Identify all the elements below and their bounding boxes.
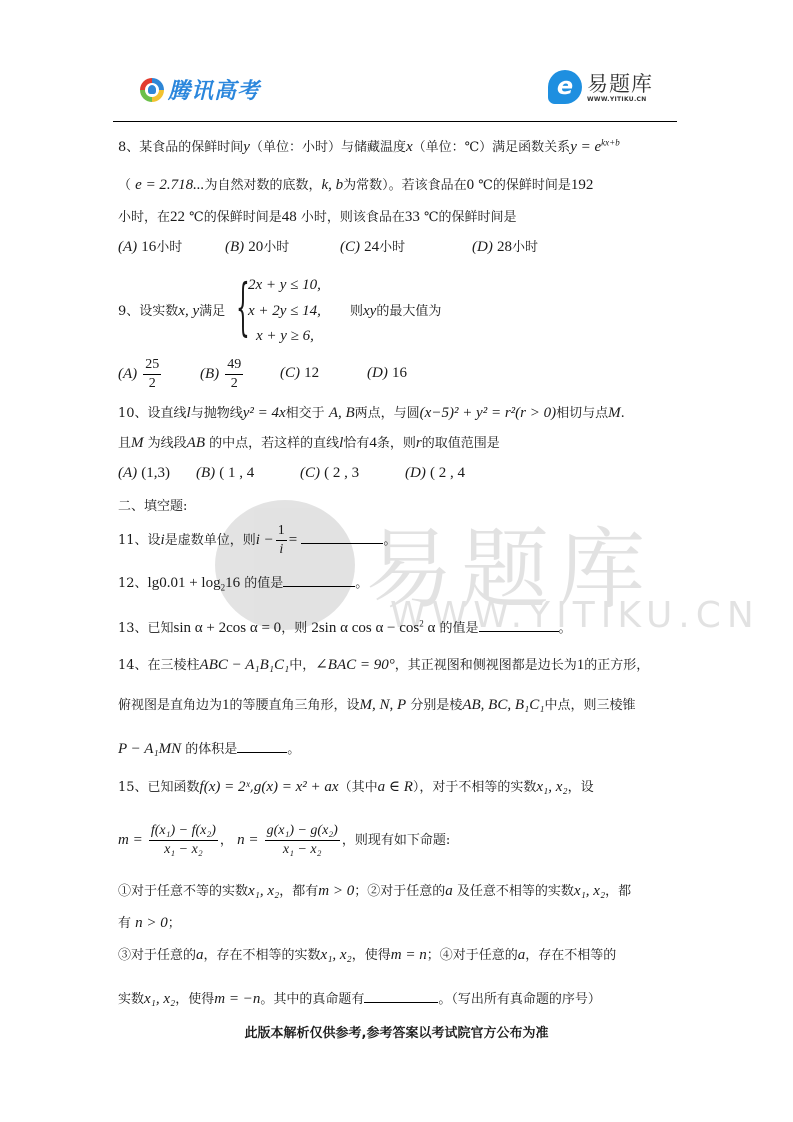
section-fill-in-title: 二、填空题: xyxy=(118,498,187,516)
q9-constraint-1: 2x + y ≤ 10, xyxy=(248,276,321,294)
q13: 13、已知sin α + 2cos α = 0，则 2sin α cos α −… xyxy=(118,617,572,638)
q11-answer-blank[interactable] xyxy=(301,529,383,544)
q9-suffix: 则xy的最大值为 xyxy=(350,302,441,321)
q15-answer-blank[interactable] xyxy=(364,988,438,1003)
q15-line2: m = f(x₁) − f(x₂)x₁ − x₂， n = g(x₁) − g(… xyxy=(118,822,450,859)
q15-line1: 15、已知函数f(x) = 2ˣ,g(x) = x² + ax（其中a ∈ R）… xyxy=(118,778,594,797)
q8-line1: 8、某食品的保鲜时间y（单位：小时）与储藏温度x（单位：℃）满足函数关系y = … xyxy=(118,138,620,157)
q15-proposition-3-4: ③对于任意的a，存在不相等的实数x₁, x₂，使得m = n；④对于任意的a，存… xyxy=(118,946,616,965)
header-divider xyxy=(113,121,677,122)
q15-proposition-4-cont: 实数x₁, x₂，使得m = −n。其中的真命题有。（写出所有真命题的序号） xyxy=(118,988,601,1009)
q10-line1: 10、设直线l与抛物线y² = 4x相交于 A, B两点，与圆(x−5)² + … xyxy=(118,404,625,423)
watermark-text: 易题库 xyxy=(365,500,653,626)
q8-line2: （ e = 2.718...为自然对数的底数，k, b为常数）。若该食品在0 ℃… xyxy=(118,176,593,195)
q9-option-d: (D) 16 xyxy=(367,364,407,383)
tencent-gaokao-text: 腾讯高考 xyxy=(168,74,260,105)
q9-option-a: (A) 252 xyxy=(118,356,163,393)
watermark-cloud-icon xyxy=(215,500,355,630)
q14-line3: P − A₁MN 的体积是。 xyxy=(118,738,300,759)
q13-answer-blank[interactable] xyxy=(479,617,559,632)
q14-line1: 14、在三棱柱ABC − A₁B₁C₁中，∠BAC = 90°，其正视图和侧视图… xyxy=(118,656,649,675)
q10-option-c: (C) ( 2 , 3 xyxy=(300,464,359,483)
q14-answer-blank[interactable] xyxy=(237,738,287,753)
footer-disclaimer: 此版本解析仅供参考,参考答案以考试院官方公布为准 xyxy=(0,1022,793,1041)
q14-line2: 俯视图是直角边为1的等腰直角三角形，设M, N, P 分别是棱AB, BC, B… xyxy=(118,696,635,715)
tencent-ring-icon xyxy=(140,78,164,102)
q10-option-d: (D) ( 2 , 4 xyxy=(405,464,465,483)
q9-constraint-3: x + y ≥ 6, xyxy=(256,327,314,345)
q10-option-b: (B) ( 1 , 4 xyxy=(196,464,254,483)
q11: 11、设i是虚数单位，则i −1i= 。 xyxy=(118,522,396,559)
q12: 12、lg0.01 + log216 的值是。 xyxy=(118,572,368,593)
q8-option-c: (C) 24小时 xyxy=(340,238,405,257)
q10-option-a: (A) (1,3) xyxy=(118,464,170,483)
q9-constraint-2: x + 2y ≤ 14, xyxy=(248,302,321,320)
yitiku-cloud-e-icon: e xyxy=(548,70,582,104)
q9-option-c: (C) 12 xyxy=(280,364,319,383)
yitiku-url: WWW.YITIKU.CN xyxy=(587,96,653,103)
q8-option-b: (B) 20小时 xyxy=(225,238,289,257)
tencent-gaokao-logo: 腾讯高考 xyxy=(140,74,260,105)
yitiku-logo: e 易题库 WWW.YITIKU.CN xyxy=(548,70,653,104)
q15-proposition-2-cont: 有 n > 0； xyxy=(118,914,181,933)
q10-line2: 且M 为线段AB 的中点，若这样的直线l恰有4条，则r的取值范围是 xyxy=(118,434,500,453)
q12-answer-blank[interactable] xyxy=(283,572,355,587)
q9-prefix: 9、设实数x, y满足 xyxy=(118,302,225,321)
q8-option-d: (D) 28小时 xyxy=(472,238,538,257)
q15-proposition-1-2: ①对于任意不等的实数x₁, x₂，都有m > 0；②对于任意的a 及任意不相等的… xyxy=(118,882,631,901)
q9-option-b: (B) 492 xyxy=(200,356,245,393)
yitiku-name: 易题库 xyxy=(587,72,653,96)
q8-option-a: (A) 16小时 xyxy=(118,238,182,257)
q8-line3: 小时，在22 ℃的保鲜时间是48 小时，则该食品在33 ℃的保鲜时间是 xyxy=(118,208,517,227)
document-page: 腾讯高考 e 易题库 WWW.YITIKU.CN 易题库 WWW.YITIKU.… xyxy=(0,0,793,1122)
